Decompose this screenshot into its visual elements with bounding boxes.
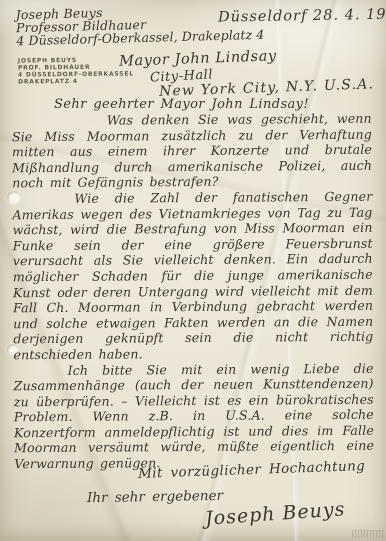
paragraph-3: Ich bitte Sie mit ein wenig Liebe die Zu… — [13, 360, 374, 472]
signature: Joseph Beuys — [204, 498, 346, 530]
paragraph-1: Was denken Sie was geschieht, wenn Sie M… — [12, 111, 373, 191]
letterhead-stamp: JOSEPH BEUYS PROF. BILDHAUER 4 DÜSSELDOR… — [18, 56, 134, 85]
letter-date: Düsseldorf 28. 4. 1967 — [218, 6, 386, 25]
stamp-street: DRAKEPLATZ 4 — [18, 77, 134, 85]
letter-page: Joseph Beuys Professor Bildhauer 4 Düsse… — [0, 0, 386, 541]
valediction: Ihr sehr ergebener — [87, 488, 223, 506]
scan-watermark — [352, 530, 384, 538]
recipient-name: Mayor John Lindsay — [119, 48, 277, 69]
salutation: Sehr geehrter Mayor John Lindsay! — [54, 97, 309, 112]
letter-body: Was denken Sie was geschieht, wenn Sie M… — [12, 111, 374, 472]
paragraph-2: Wie die Zahl der fanatischen Gegner Amer… — [12, 189, 373, 363]
